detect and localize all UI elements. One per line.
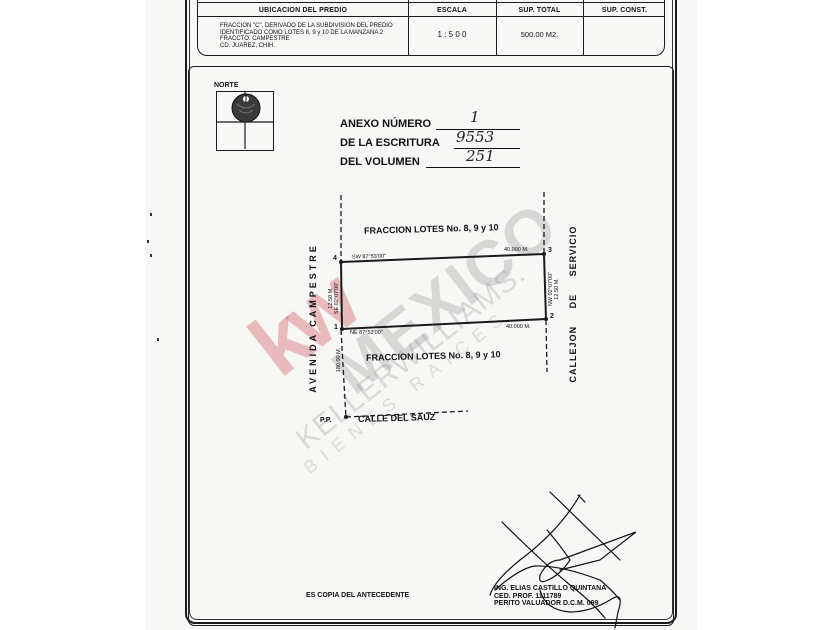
signer-license: CED. PROF. 1111789 [494,593,606,601]
signature-icon [0,0,840,630]
signer-name: ING. ELIAS CASTILLO QUINTANA [494,585,606,593]
signer-title: PERITO VALUADOR D.C.M. 099 [494,600,606,608]
signer-block: ING. ELIAS CASTILLO QUINTANA CED. PROF. … [494,585,606,608]
